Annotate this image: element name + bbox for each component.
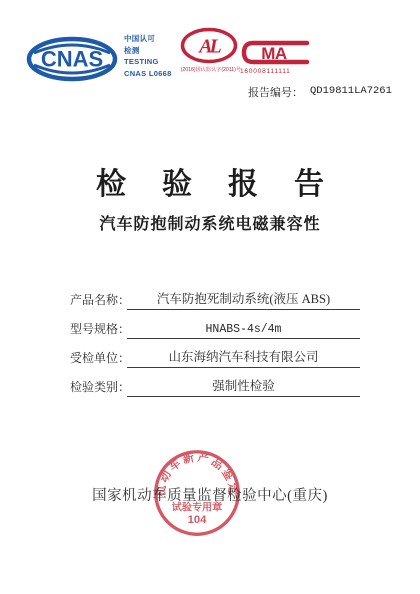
report-fields: 产品名称： 汽车防抱死制动系统(液压 ABS) 型号规格： HNABS-4s/4…	[70, 289, 360, 405]
cnas-line-3: TESTING	[124, 56, 172, 68]
cma-mark-number: 160008111111	[240, 68, 320, 75]
al-mark-caption: (2016)国认监认字(2011)号	[181, 65, 238, 73]
al-mark-text: AL	[197, 36, 221, 58]
field-row-product-name: 产品名称： 汽车防抱死制动系统(液压 ABS)	[70, 289, 360, 310]
field-label-inspection-type: 检验类别：	[70, 378, 127, 397]
field-label-inspected-unit: 受检单位：	[70, 349, 127, 368]
page-title: 检验报告	[0, 159, 420, 203]
cnas-line-2: 检测	[124, 45, 172, 57]
cma-mark-block: MA 160008111111	[240, 38, 320, 75]
field-row-model-spec: 型号规格： HNABS-4s/4m	[70, 318, 360, 339]
cma-mark-text: MA	[261, 44, 287, 63]
field-value-inspected-unit: 山东海纳汽车科技有限公司	[127, 347, 360, 368]
report-cover-page: CNAS 中国认可 检测 TESTING CNAS L0668 AL (2016…	[0, 0, 420, 594]
field-label-model-spec: 型号规格：	[70, 320, 127, 339]
report-number-value: QD19811LA7261	[310, 84, 392, 100]
report-number-label: 报告编号：	[248, 84, 303, 100]
field-value-model-spec: HNABS-4s/4m	[127, 323, 360, 339]
field-label-product-name: 产品名称：	[70, 291, 127, 310]
cnas-logo-icon: CNAS	[26, 36, 118, 82]
cma-mark-icon: MA	[240, 38, 312, 67]
footer: 机动车新产品鉴定 试验专用章 104 国家机动车质量监督检验中心(重庆)	[0, 444, 420, 564]
field-row-inspected-unit: 受检单位： 山东海纳汽车科技有限公司	[70, 347, 360, 368]
cnas-logo-text: CNAS	[41, 47, 103, 72]
field-value-inspection-type: 强制性检验	[127, 376, 360, 397]
al-mark-icon: AL	[180, 27, 238, 64]
page-subtitle: 汽车防抱制动系统电磁兼容性	[0, 211, 420, 234]
stamp-number-text: 104	[188, 514, 208, 526]
inspection-center-name: 国家机动车质量监督检验中心(重庆)	[0, 484, 420, 505]
field-row-inspection-type: 检验类别： 强制性检验	[70, 376, 360, 397]
field-value-product-name: 汽车防抱死制动系统(液压 ABS)	[127, 289, 360, 310]
cnas-line-4: CNAS L0668	[124, 68, 172, 80]
report-number-row: 报告编号： QD19811LA7261	[248, 84, 392, 100]
cnas-line-1: 中国认可	[124, 33, 172, 45]
al-mark-block: AL (2016)国认监认字(2011)号	[176, 27, 242, 74]
cnas-accreditation-text: 中国认可 检测 TESTING CNAS L0668	[124, 33, 172, 79]
